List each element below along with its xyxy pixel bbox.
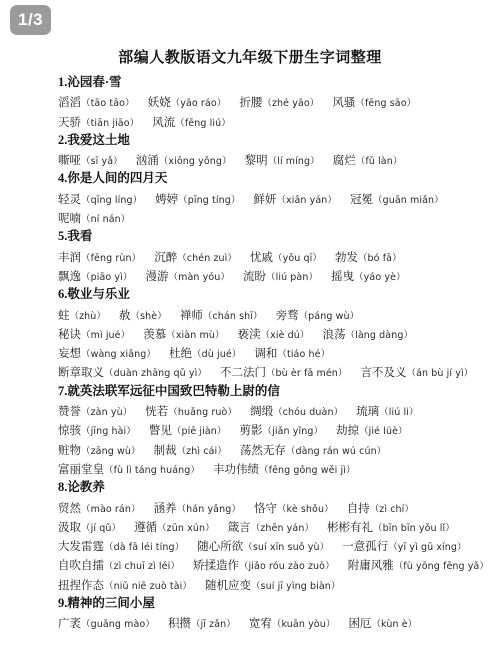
- word-hanzi: 赦: [119, 310, 131, 322]
- word-entry: 恍若（huǎng ruò）: [145, 401, 237, 422]
- word-hanzi: 不二法门: [220, 367, 266, 379]
- word-entry: 积攒（jī zǎn）: [168, 613, 236, 634]
- word-pinyin: （liú pàn）: [266, 272, 318, 283]
- word-hanzi: 旁骛: [276, 310, 299, 322]
- word-hanzi: 彬彬有礼: [327, 522, 373, 534]
- word-pinyin: （shè）: [131, 311, 167, 322]
- word-entry: 赦（shè）: [119, 305, 167, 326]
- word-entry: 流盼（liú pàn）: [243, 266, 318, 287]
- vocab-section: 7.就英法联军远征中国致巴特勒上尉的信赞誉（zàn yù）恍若（huǎng ru…: [58, 382, 498, 478]
- word-entry: 恪守（kè shǒu）: [254, 498, 334, 519]
- word-entry: 自持（zì chí）: [347, 498, 414, 519]
- word-hanzi: 赞誉: [58, 406, 81, 418]
- word-pinyin: （suí xīn suǒ yù）: [243, 542, 329, 553]
- word-pinyin: （bù èr fā mén）: [266, 368, 348, 379]
- word-entry: 涵养（hán yǎng）: [154, 498, 241, 519]
- word-entry: 沉醉（chén zuì）: [154, 247, 237, 268]
- word-pinyin: （fǔ làn）: [356, 156, 403, 167]
- word-pinyin: （guǎng mào）: [81, 619, 155, 630]
- word-entry: 制裁（zhì cái）: [154, 440, 227, 461]
- word-hanzi: 滔滔: [58, 97, 81, 109]
- word-hanzi: 涵养: [154, 503, 177, 515]
- word-hanzi: 摇曳: [331, 271, 354, 283]
- word-pinyin: （dù jué）: [192, 349, 241, 360]
- word-pinyin: （chén zuì）: [177, 253, 237, 264]
- word-entry: 劫掠（jié lüè）: [336, 420, 408, 441]
- word-pinyin: （suí jī yìng biàn）: [251, 581, 341, 592]
- word-line: 大发雷霆（dà fā léi tíng）随心所欲（suí xīn suǒ yù）…: [58, 536, 498, 555]
- word-pinyin: （jiǎo róu zào zuò）: [239, 561, 335, 572]
- word-line: 惊骇（jīng hài）瞥见（piē jiàn）剪影（jiǎn yǐng）劫掠（…: [58, 420, 498, 439]
- word-pinyin: （sī yǎ）: [81, 156, 123, 167]
- word-pinyin: （jié lüè）: [359, 426, 408, 437]
- word-line: 贸然（mào rán）涵养（hán yǎng）恪守（kè shǒu）自持（zì …: [58, 498, 498, 517]
- word-entry: 贸然（mào rán）: [58, 498, 141, 519]
- word-pinyin: （qīng líng）: [81, 195, 142, 206]
- word-hanzi: 自持: [347, 503, 370, 515]
- word-pinyin: （jí qǔ）: [81, 523, 121, 534]
- word-hanzi: 剪影: [240, 425, 263, 437]
- word-pinyin: （xiàn mù）: [166, 330, 224, 341]
- word-entry: 天骄（tiān jiāo）: [58, 112, 139, 133]
- word-hanzi: 制裁: [154, 445, 177, 457]
- word-hanzi: 一意孤行: [342, 541, 388, 553]
- word-entry: 矫揉造作（jiǎo róu zào zuò）: [193, 555, 335, 576]
- word-line: 天骄（tiān jiāo）风流（fēng liú）: [58, 112, 498, 131]
- word-entry: 忧戚（yōu qī）: [250, 247, 322, 268]
- word-hanzi: 断章取义: [58, 367, 104, 379]
- word-entry: 荡然无存（dàng rán wú cún）: [240, 440, 386, 461]
- word-entry: 丰功伟绩（fēng gōng wěi jì）: [213, 459, 356, 480]
- word-pinyin: （fù lì táng huáng）: [104, 465, 200, 476]
- word-pinyin: （zì chí）: [370, 504, 414, 515]
- word-hanzi: 腐烂: [333, 155, 356, 167]
- word-entry: 瞥见（piē jiàn）: [149, 420, 227, 441]
- word-entry: 不二法门（bù èr fā mén）: [220, 362, 348, 383]
- document-page: 1/3 部编人教版语文九年级下册生字词整理 1.沁园春·雪滔滔（tāo tāo）…: [0, 0, 500, 666]
- word-entry: 宽宥（kuān yòu）: [249, 613, 336, 634]
- word-line: 飘逸（piāo yì）漫游（màn yóu）流盼（liú pàn）摇曳（yáo …: [58, 266, 498, 285]
- word-pinyin: （zūn xún）: [157, 523, 215, 534]
- word-pinyin: （kè shǒu）: [277, 504, 334, 515]
- word-hanzi: 汹涌: [136, 155, 159, 167]
- word-line: 自吹自擂（zì chuī zì léi）矫揉造作（jiǎo róu zào zu…: [58, 555, 498, 574]
- word-hanzi: 惊骇: [58, 425, 81, 437]
- word-hanzi: 黎明: [245, 155, 268, 167]
- word-entry: 附庸风雅（fù yōng fēng yǎ）: [348, 555, 489, 576]
- word-entry: 赃物（zāng wù）: [58, 440, 141, 461]
- word-entry: 腐烂（fǔ làn）: [333, 150, 403, 171]
- word-pinyin: （fēng sāo）: [355, 98, 416, 109]
- vocab-section: 6.敬业与乐业蛀（zhù）赦（shè）禅师（chán shī）旁骛（páng w…: [58, 285, 498, 381]
- word-hanzi: 飘逸: [58, 271, 81, 283]
- word-entry: 遵循（zūn xún）: [134, 517, 215, 538]
- section-heading: 8.论教养: [58, 478, 498, 497]
- word-hanzi: 秘诀: [58, 329, 81, 341]
- word-line: 断章取义（duàn zhāng qǔ yì）不二法门（bù èr fā mén）…: [58, 362, 498, 381]
- word-hanzi: 丰功伟绩: [213, 464, 259, 476]
- word-hanzi: 勃发: [335, 252, 358, 264]
- word-entry: 呢喃（ní nán）: [58, 208, 130, 229]
- vocab-section: 2.我爱这土地嘶哑（sī yǎ）汹涌（xiōng yǒng）黎明（lí míng…: [58, 131, 498, 170]
- word-hanzi: 广袤: [58, 618, 81, 630]
- word-hanzi: 浪荡: [323, 329, 346, 341]
- word-hanzi: 丰润: [58, 252, 81, 264]
- word-hanzi: 扭捏作态: [58, 580, 104, 592]
- word-entry: 鲜妍（xiān yán）: [253, 189, 337, 210]
- word-hanzi: 富丽堂皇: [58, 464, 104, 476]
- word-entry: 一意孤行（yī yì gū xíng）: [342, 536, 466, 557]
- word-entry: 箴言（zhēn yán）: [228, 517, 314, 538]
- section-heading: 1.沁园春·雪: [58, 73, 498, 92]
- word-pinyin: （pīng tíng）: [178, 195, 240, 206]
- word-hanzi: 大发雷霆: [58, 541, 104, 553]
- word-hanzi: 随机应变: [205, 580, 251, 592]
- word-pinyin: （zāng wù）: [81, 446, 141, 457]
- word-hanzi: 嘶哑: [58, 155, 81, 167]
- word-pinyin: （fēng rùn）: [81, 253, 141, 264]
- word-line: 滔滔（tāo tāo）妖娆（yāo ráo）折腰（zhé yāo）风骚（fēng…: [58, 92, 498, 111]
- word-hanzi: 言不及义: [361, 367, 407, 379]
- section-heading: 6.敬业与乐业: [58, 285, 498, 304]
- word-pinyin: （hán yǎng）: [177, 504, 241, 515]
- word-pinyin: （tiān jiāo）: [81, 118, 139, 129]
- word-pinyin: （yī yì gū xíng）: [388, 542, 466, 553]
- section-heading: 2.我爱这土地: [58, 131, 498, 150]
- word-hanzi: 劫掠: [336, 425, 359, 437]
- word-pinyin: （màn yóu）: [169, 272, 230, 283]
- word-hanzi: 妖娆: [148, 97, 171, 109]
- word-hanzi: 忧戚: [250, 252, 273, 264]
- section-heading: 4.你是人间的四月天: [58, 169, 498, 188]
- word-hanzi: 漫游: [146, 271, 169, 283]
- word-pinyin: （liú li）: [379, 407, 418, 418]
- word-pinyin: （fēng liú）: [175, 118, 231, 129]
- word-hanzi: 贸然: [58, 503, 81, 515]
- word-entry: 风骚（fēng sāo）: [332, 92, 416, 113]
- word-pinyin: （yōu qī）: [273, 253, 322, 264]
- word-entry: 浪荡（làng dàng）: [323, 324, 414, 345]
- word-entry: 蛀（zhù）: [58, 305, 106, 326]
- word-hanzi: 调和: [254, 348, 277, 360]
- word-pinyin: （zhēn yán）: [251, 523, 314, 534]
- word-pinyin: （yāo ráo）: [171, 98, 227, 109]
- word-pinyin: （ní nán）: [81, 214, 130, 225]
- word-line: 丰润（fēng rùn）沉醉（chén zuì）忧戚（yōu qī）勃发（bó …: [58, 247, 498, 266]
- word-line: 赃物（zāng wù）制裁（zhì cái）荡然无存（dàng rán wú c…: [58, 440, 498, 459]
- word-pinyin: （guān miǎn）: [373, 195, 444, 206]
- word-hanzi: 杜绝: [169, 348, 192, 360]
- word-entry: 绸缎（chóu duàn）: [250, 401, 343, 422]
- vocab-section: 5.我看丰润（fēng rùn）沉醉（chén zuì）忧戚（yōu qī）勃发…: [58, 227, 498, 285]
- word-entry: 随机应变（suí jī yìng biàn）: [205, 575, 341, 596]
- word-hanzi: 遵循: [134, 522, 157, 534]
- word-hanzi: 风骚: [332, 97, 355, 109]
- word-entry: 广袤（guǎng mào）: [58, 613, 155, 634]
- word-hanzi: 流盼: [243, 271, 266, 283]
- word-hanzi: 禅师: [180, 310, 203, 322]
- word-entry: 轻灵（qīng líng）: [58, 189, 142, 210]
- word-pinyin: （páng wù）: [299, 311, 360, 322]
- word-pinyin: （làng dàng）: [346, 330, 414, 341]
- word-pinyin: （zhì cái）: [177, 446, 227, 457]
- word-pinyin: （dà fā léi tíng）: [104, 542, 184, 553]
- word-hanzi: 冠冕: [350, 194, 373, 206]
- word-hanzi: 沉醉: [154, 252, 177, 264]
- word-entry: 自吹自擂（zì chuī zì léi）: [58, 555, 180, 576]
- word-entry: 妄想（wàng xiǎng）: [58, 343, 156, 364]
- word-pinyin: （zàn yù）: [81, 407, 132, 418]
- word-pinyin: （duàn zhāng qǔ yì）: [104, 368, 207, 379]
- word-entry: 惊骇（jīng hài）: [58, 420, 136, 441]
- word-pinyin: （tiáo hé）: [277, 349, 330, 360]
- word-hanzi: 风流: [152, 117, 175, 129]
- sections-container: 1.沁园春·雪滔滔（tāo tāo）妖娆（yāo ráo）折腰（zhé yāo）…: [0, 73, 500, 633]
- word-hanzi: 附庸风雅: [348, 560, 394, 572]
- word-pinyin: （xiān yán）: [276, 195, 337, 206]
- word-entry: 剪影（jiǎn yǐng）: [240, 420, 324, 441]
- word-line: 呢喃（ní nán）: [58, 208, 498, 227]
- word-pinyin: （dàng rán wú cún）: [286, 446, 386, 457]
- word-hanzi: 积攒: [168, 618, 191, 630]
- word-entry: 滔滔（tāo tāo）: [58, 92, 135, 113]
- word-entry: 杜绝（dù jué）: [169, 343, 241, 364]
- word-line: 广袤（guǎng mào）积攒（jī zǎn）宽宥（kuān yòu）困厄（kù…: [58, 613, 498, 632]
- word-entry: 汲取（jí qǔ）: [58, 517, 121, 538]
- word-entry: 禅师（chán shī）: [180, 305, 263, 326]
- word-entry: 秘诀（mì jué）: [58, 324, 130, 345]
- word-hanzi: 娉婷: [155, 194, 178, 206]
- word-hanzi: 绸缎: [250, 406, 273, 418]
- word-pinyin: （mì jué）: [81, 330, 130, 341]
- page-counter-badge: 1/3: [10, 5, 51, 35]
- word-pinyin: （jī zǎn）: [191, 619, 236, 630]
- word-hanzi: 呢喃: [58, 213, 81, 225]
- word-entry: 风流（fēng liú）: [152, 112, 231, 133]
- word-hanzi: 轻灵: [58, 194, 81, 206]
- word-line: 蛀（zhù）赦（shè）禅师（chán shī）旁骛（páng wù）: [58, 305, 498, 324]
- word-entry: 冠冕（guān miǎn）: [350, 189, 444, 210]
- word-entry: 妖娆（yāo ráo）: [148, 92, 227, 113]
- word-pinyin: （zì chuī zì léi）: [104, 561, 180, 572]
- word-entry: 丰润（fēng rùn）: [58, 247, 141, 268]
- section-heading: 7.就英法联军远征中国致巴特勒上尉的信: [58, 382, 498, 401]
- word-entry: 随心所欲（suí xīn suǒ yù）: [197, 536, 329, 557]
- word-entry: 富丽堂皇（fù lì táng huáng）: [58, 459, 200, 480]
- section-heading: 5.我看: [58, 227, 498, 246]
- word-pinyin: （fù yōng fēng yǎ）: [394, 561, 489, 572]
- word-hanzi: 鲜妍: [253, 194, 276, 206]
- word-entry: 困厄（kùn è）: [348, 613, 417, 634]
- word-entry: 嘶哑（sī yǎ）: [58, 150, 123, 171]
- word-hanzi: 蛀: [58, 310, 70, 322]
- word-entry: 琉璃（liú li）: [356, 401, 418, 422]
- word-hanzi: 荡然无存: [240, 445, 286, 457]
- word-hanzi: 折腰: [239, 97, 262, 109]
- word-hanzi: 宽宥: [249, 618, 272, 630]
- word-line: 秘诀（mì jué）羡慕（xiàn mù）亵渎（xiè dú）浪荡（làng d…: [58, 324, 498, 343]
- word-pinyin: （niǔ niē zuò tài）: [104, 581, 192, 592]
- word-hanzi: 琉璃: [356, 406, 379, 418]
- word-line: 嘶哑（sī yǎ）汹涌（xiōng yǒng）黎明（lí míng）腐烂（fǔ …: [58, 150, 498, 169]
- word-pinyin: （tāo tāo）: [81, 98, 135, 109]
- word-entry: 勃发（bó fā）: [335, 247, 402, 268]
- word-pinyin: （kuān yòu）: [272, 619, 336, 630]
- word-pinyin: （yáo yè）: [354, 272, 406, 283]
- word-entry: 扭捏作态（niǔ niē zuò tài）: [58, 575, 192, 596]
- word-hanzi: 汲取: [58, 522, 81, 534]
- vocab-section: 8.论教养贸然（mào rán）涵养（hán yǎng）恪守（kè shǒu）自…: [58, 478, 498, 594]
- word-pinyin: （zhé yāo）: [262, 98, 319, 109]
- word-entry: 言不及义（án bù jí yì）: [361, 362, 474, 383]
- word-pinyin: （bīn bīn yǒu lǐ）: [373, 523, 455, 534]
- word-entry: 断章取义（duàn zhāng qǔ yì）: [58, 362, 207, 383]
- word-pinyin: （piāo yì）: [81, 272, 133, 283]
- word-entry: 彬彬有礼（bīn bīn yǒu lǐ）: [327, 517, 455, 538]
- word-pinyin: （kùn è）: [371, 619, 417, 630]
- word-hanzi: 亵渎: [238, 329, 261, 341]
- word-hanzi: 羡慕: [143, 329, 166, 341]
- document-title: 部编人教版语文九年级下册生字词整理: [0, 46, 500, 67]
- word-pinyin: （jiǎn yǐng）: [263, 426, 324, 437]
- word-pinyin: （huǎng ruò）: [168, 407, 237, 418]
- word-entry: 漫游（màn yóu）: [146, 266, 230, 287]
- word-hanzi: 箴言: [228, 522, 251, 534]
- word-entry: 赞誉（zàn yù）: [58, 401, 132, 422]
- word-entry: 旁骛（páng wù）: [276, 305, 360, 326]
- word-pinyin: （xiè dú）: [261, 330, 310, 341]
- word-line: 富丽堂皇（fù lì táng huáng）丰功伟绩（fēng gōng wěi…: [58, 459, 498, 478]
- word-entry: 黎明（lí míng）: [245, 150, 320, 171]
- word-hanzi: 困厄: [348, 618, 371, 630]
- word-pinyin: （án bù jí yì）: [407, 368, 474, 379]
- word-line: 扭捏作态（niǔ niē zuò tài）随机应变（suí jī yìng bi…: [58, 575, 498, 594]
- word-line: 赞誉（zàn yù）恍若（huǎng ruò）绸缎（chóu duàn）琉璃（l…: [58, 401, 498, 420]
- word-entry: 大发雷霆（dà fā léi tíng）: [58, 536, 184, 557]
- word-pinyin: （fēng gōng wěi jì）: [259, 465, 356, 476]
- word-pinyin: （chóu duàn）: [273, 407, 343, 418]
- word-entry: 摇曳（yáo yè）: [331, 266, 406, 287]
- word-pinyin: （zhù）: [70, 311, 107, 322]
- word-pinyin: （mào rán）: [81, 504, 141, 515]
- word-entry: 汹涌（xiōng yǒng）: [136, 150, 232, 171]
- word-hanzi: 恪守: [254, 503, 277, 515]
- word-hanzi: 随心所欲: [197, 541, 243, 553]
- word-pinyin: （chán shī）: [203, 311, 263, 322]
- word-hanzi: 自吹自擂: [58, 560, 104, 572]
- word-entry: 羡慕（xiàn mù）: [143, 324, 224, 345]
- word-pinyin: （piē jiàn）: [172, 426, 227, 437]
- word-entry: 飘逸（piāo yì）: [58, 266, 133, 287]
- word-pinyin: （jīng hài）: [81, 426, 136, 437]
- word-pinyin: （xiōng yǒng）: [159, 156, 232, 167]
- vocab-section: 4.你是人间的四月天轻灵（qīng líng）娉婷（pīng tíng）鲜妍（x…: [58, 169, 498, 227]
- word-hanzi: 天骄: [58, 117, 81, 129]
- word-pinyin: （lí míng）: [268, 156, 320, 167]
- word-line: 汲取（jí qǔ）遵循（zūn xún）箴言（zhēn yán）彬彬有礼（bīn…: [58, 517, 498, 536]
- word-hanzi: 妄想: [58, 348, 81, 360]
- word-hanzi: 恍若: [145, 406, 168, 418]
- section-heading: 9.精神的三间小屋: [58, 594, 498, 613]
- word-entry: 调和（tiáo hé）: [254, 343, 330, 364]
- word-pinyin: （bó fā）: [358, 253, 402, 264]
- word-hanzi: 矫揉造作: [193, 560, 239, 572]
- word-line: 妄想（wàng xiǎng）杜绝（dù jué）调和（tiáo hé）: [58, 343, 498, 362]
- word-line: 轻灵（qīng líng）娉婷（pīng tíng）鲜妍（xiān yán）冠冕…: [58, 189, 498, 208]
- vocab-section: 1.沁园春·雪滔滔（tāo tāo）妖娆（yāo ráo）折腰（zhé yāo）…: [58, 73, 498, 131]
- word-hanzi: 瞥见: [149, 425, 172, 437]
- word-entry: 折腰（zhé yāo）: [239, 92, 319, 113]
- word-entry: 亵渎（xiè dú）: [238, 324, 310, 345]
- word-hanzi: 赃物: [58, 445, 81, 457]
- word-pinyin: （wàng xiǎng）: [81, 349, 156, 360]
- word-entry: 娉婷（pīng tíng）: [155, 189, 240, 210]
- vocab-section: 9.精神的三间小屋广袤（guǎng mào）积攒（jī zǎn）宽宥（kuān …: [58, 594, 498, 633]
